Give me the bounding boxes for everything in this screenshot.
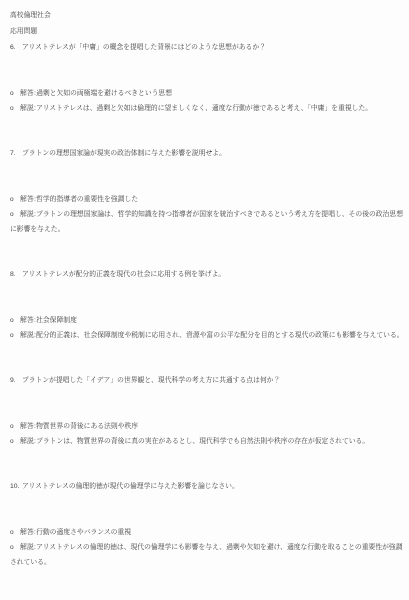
bullet-marker: o [10,313,20,328]
qa-block-6: 6.アリストテレスが「中庸」の概念を提唱した背景にはどのような思想があるか？ o… [10,40,404,116]
qa-block-10: 10.アリストテレスの倫理的徳が現代の倫理学に与えた影響を論じなさい。 o解答:… [10,479,404,570]
answer-text: 社会保障制度 [36,317,77,324]
document-header: 高校倫理社会 応用問題 [10,8,404,40]
answer-section: o解答:社会保障制度 o解説:配分的正義は、社会保障制度や税制に応用され、資源や… [10,313,404,343]
answer-section: o解答:哲学的指導者の重要性を強調した o解説:プラトンの理想国家論は、哲学的知… [10,192,404,237]
question-text: アリストテレスの倫理的徳が現代の倫理学に与えた影響を論じなさい。 [22,483,239,490]
answer-section: o解答:過剰と欠如の両極端を避けるべきという思想 o解説:アリストテレスは、過剰… [10,86,404,116]
answer-text: 過剰と欠如の両極端を避けるべきという思想 [36,90,172,97]
answer-label: 解答: [20,423,36,430]
question-line: 6.アリストテレスが「中庸」の概念を提唱した背景にはどのような思想があるか？ [10,40,404,55]
explanation-bullet: o解説:プラトンは、物質世界の背後に真の実在があるとし、現代科学でも自然法則や秩… [10,434,404,449]
bullet-marker: o [10,525,20,540]
question-line: 10.アリストテレスの倫理的徳が現代の倫理学に与えた影響を論じなさい。 [10,479,404,494]
answer-bullet: o解答:哲学的指導者の重要性を強調した [10,192,404,207]
explanation-text: アリストテレスは、過剰と欠如は倫理的に望ましくなく、適度な行動が徳であると考え、… [36,105,372,112]
explanation-text: プラトンの理想国家論は、哲学的知識を持つ指導者が国家を統治すべきであるという考え… [10,211,403,233]
explanation-label: 解説: [20,332,36,339]
explanation-bullet: o解説:アリストテレスは、過剰と欠如は倫理的に望ましくなく、適度な行動が徳である… [10,101,404,116]
explanation-text: 配分的正義は、社会保障制度や税制に応用され、資源や富の公平な配分を目的とする現代… [36,332,403,339]
question-text: プラトンの理想国家論が現実の政治体制に与えた影響を説明せよ。 [22,150,226,157]
question-number: 9. [10,373,22,388]
answer-bullet: o解答:物質世界の背後にある法則や秩序 [10,419,404,434]
answer-label: 解答: [20,317,36,324]
answer-bullet: o解答:過剰と欠如の両極端を避けるべきという思想 [10,86,404,101]
qa-block-7: 7.プラトンの理想国家論が現実の政治体制に与えた影響を説明せよ。 o解答:哲学的… [10,146,404,237]
question-line: 9.プラトンが提唱した「イデア」の世界観と、現代科学の考え方に共通する点は何か？ [10,373,404,388]
explanation-label: 解説: [20,438,36,445]
document-subtitle: 応用問題 [10,24,404,40]
explanation-label: 解説: [20,105,36,112]
answer-text: 行動の適度さやバランスの重視 [36,529,131,536]
explanation-bullet: o解説:アリストテレスの倫理的徳は、現代の倫理学にも影響を与え、過剰や欠如を避け… [10,540,404,570]
explanation-text: アリストテレスの倫理的徳は、現代の倫理学にも影響を与え、過剰や欠如を避け、適度な… [10,544,403,566]
answer-label: 解答: [20,196,36,203]
qa-block-9: 9.プラトンが提唱した「イデア」の世界観と、現代科学の考え方に共通する点は何か？… [10,373,404,449]
explanation-label: 解説: [20,544,36,551]
question-line: 7.プラトンの理想国家論が現実の政治体制に与えた影響を説明せよ。 [10,146,404,161]
answer-section: o解答:物質世界の背後にある法則や秩序 o解説:プラトンは、物質世界の背後に真の… [10,419,404,449]
question-text: アリストテレスが「中庸」の概念を提唱した背景にはどのような思想があるか？ [22,44,266,51]
bullet-marker: o [10,540,20,555]
answer-bullet: o解答:社会保障制度 [10,313,404,328]
explanation-label: 解説: [20,211,36,218]
question-text: プラトンが提唱した「イデア」の世界観と、現代科学の考え方に共通する点は何か？ [22,377,280,384]
document-page: 高校倫理社会 応用問題 6.アリストテレスが「中庸」の概念を提唱した背景にはどの… [0,0,409,600]
document-title: 高校倫理社会 [10,8,404,24]
answer-bullet: o解答:行動の適度さやバランスの重視 [10,525,404,540]
question-number: 6. [10,40,22,55]
answer-text: 物質世界の背後にある法則や秩序 [36,423,138,430]
bullet-marker: o [10,207,20,222]
question-number: 7. [10,146,22,161]
question-text: アリストテレスが配分的正義を現代の社会に応用する例を挙げよ。 [22,271,225,278]
answer-section: o解答:行動の適度さやバランスの重視 o解説:アリストテレスの倫理的徳は、現代の… [10,525,404,570]
qa-block-8: 8.アリストテレスが配分的正義を現代の社会に応用する例を挙げよ。 o解答:社会保… [10,267,404,343]
answer-text: 哲学的指導者の重要性を強調した [36,196,138,203]
answer-label: 解答: [20,529,36,536]
bullet-marker: o [10,419,20,434]
explanation-bullet: o解説:配分的正義は、社会保障制度や税制に応用され、資源や富の公平な配分を目的と… [10,328,404,343]
question-line: 8.アリストテレスが配分的正義を現代の社会に応用する例を挙げよ。 [10,267,404,282]
bullet-marker: o [10,328,20,343]
bullet-marker: o [10,192,20,207]
answer-label: 解答: [20,90,36,97]
question-number: 10. [10,479,22,494]
question-number: 8. [10,267,22,282]
explanation-bullet: o解説:プラトンの理想国家論は、哲学的知識を持つ指導者が国家を統治すべきであると… [10,207,404,237]
bullet-marker: o [10,434,20,449]
explanation-text: プラトンは、物質世界の背後に真の実在があるとし、現代科学でも自然法則や秩序の存在… [36,438,369,445]
bullet-marker: o [10,101,20,116]
bullet-marker: o [10,86,20,101]
